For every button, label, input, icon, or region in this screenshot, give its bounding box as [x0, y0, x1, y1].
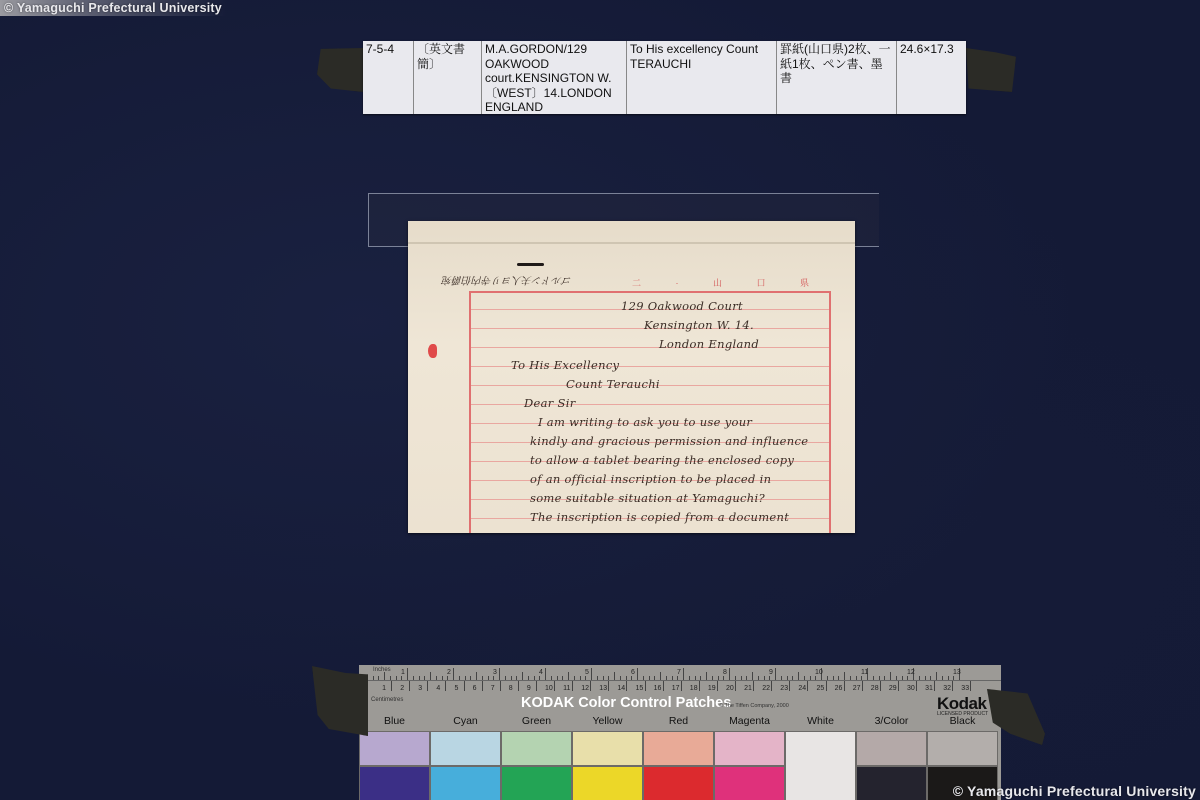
cm-tick-label: 30	[907, 685, 915, 692]
patch-light	[430, 731, 501, 766]
inch-subtick	[608, 676, 609, 680]
inch-subtick	[695, 676, 696, 680]
copyright-watermark-top: © Yamaguchi Prefectural University	[0, 0, 226, 16]
inch-tick-label: 11	[861, 669, 868, 676]
inch-subtick	[948, 676, 949, 680]
patch-light	[501, 731, 572, 766]
cm-tick	[880, 681, 881, 691]
cm-tick	[699, 681, 700, 691]
inch-subtick	[413, 676, 414, 680]
ink-mark	[517, 263, 544, 266]
inch-subtick	[764, 676, 765, 680]
inch-subtick	[798, 672, 799, 680]
inch-subtick	[723, 676, 724, 680]
inch-tick-label: 9	[769, 669, 773, 676]
inch-subtick	[689, 676, 690, 680]
inch-tick	[545, 668, 546, 680]
inch-subtick	[528, 676, 529, 680]
inch-subtick	[666, 676, 667, 680]
patch-name: Green	[501, 715, 572, 727]
cm-tick	[572, 681, 573, 691]
cm-tick-label: 17	[672, 685, 680, 692]
inch-subtick	[574, 676, 575, 680]
letter-document: ゴルドン夫人ヨリ寺内伯爵宛 二 · 山 口 県 129 Oakwood Cour…	[408, 221, 855, 533]
inch-tick	[729, 668, 730, 680]
kodak-title: KODAK Color Control Patches	[521, 695, 731, 711]
cm-tick-label: 7	[491, 685, 495, 692]
cm-tick	[771, 681, 772, 691]
inch-subtick	[390, 676, 391, 680]
inch-subtick	[436, 676, 437, 680]
inch-tick	[499, 668, 500, 680]
inch-subtick	[539, 676, 540, 680]
letter-line: of an official inscription to be placed …	[530, 472, 771, 486]
cm-tick	[735, 681, 736, 691]
inch-tick-label: 2	[447, 669, 451, 676]
inch-subtick	[758, 676, 759, 680]
cm-tick-label: 21	[744, 685, 752, 692]
letter-line: 129 Oakwood Court	[621, 299, 743, 313]
inch-tick-label: 8	[723, 669, 727, 676]
cm-tick-label: 20	[726, 685, 734, 692]
inch-subtick	[522, 672, 523, 680]
patch-dark	[430, 766, 501, 800]
cm-tick-label: 33	[961, 685, 969, 692]
letter-line: I am writing to ask you to use your	[538, 415, 752, 429]
inch-subtick	[631, 676, 632, 680]
inch-subtick	[925, 676, 926, 680]
cm-tick	[970, 681, 971, 691]
inch-subtick	[534, 676, 535, 680]
label-sender: M.A.GORDON/129 OAKWOOD court.KENSINGTON …	[482, 41, 627, 114]
cm-tick	[826, 681, 827, 691]
letter-line: London England	[659, 337, 759, 351]
cm-tick-label: 32	[943, 685, 951, 692]
cm-tick-label: 28	[871, 685, 879, 692]
inch-subtick	[833, 676, 834, 680]
inch-subtick	[919, 676, 920, 680]
margin-note: ゴルドン夫人ヨリ寺内伯爵宛	[442, 274, 572, 289]
inch-subtick	[890, 672, 891, 680]
inch-subtick	[856, 676, 857, 680]
cm-tick	[626, 681, 627, 691]
inch-tick-label: 6	[631, 669, 635, 676]
inch-subtick	[603, 676, 604, 680]
inch-subtick	[384, 672, 385, 680]
inch-subtick	[792, 676, 793, 680]
inch-subtick	[396, 676, 397, 680]
patch-name: Red	[643, 715, 714, 727]
inch-tick-label: 4	[539, 669, 543, 676]
cm-tick	[789, 681, 790, 691]
cm-tick	[934, 681, 935, 691]
inch-subtick	[804, 676, 805, 680]
cm-tick	[464, 681, 465, 691]
cm-tick-label: 31	[925, 685, 933, 692]
patch-name: Cyan	[430, 715, 501, 727]
tape-label-right	[966, 48, 1016, 92]
inch-subtick	[551, 676, 552, 680]
inch-tick-label: 13	[953, 669, 961, 676]
patch-name: Blue	[359, 715, 430, 727]
inch-subtick	[459, 676, 460, 680]
patch-dark	[572, 766, 643, 800]
inch-subtick	[735, 676, 736, 680]
inch-subtick	[373, 676, 374, 680]
cm-tick	[536, 681, 537, 691]
copyright-watermark-bottom: © Yamaguchi Prefectural University	[953, 783, 1196, 799]
cm-tick-label: 18	[690, 685, 698, 692]
inch-subtick	[741, 676, 742, 680]
inch-subtick	[493, 676, 494, 680]
inch-subtick	[654, 676, 655, 680]
inch-tick-label: 5	[585, 669, 589, 676]
letter-line: To His Excellency	[511, 358, 619, 372]
letter-line: Dear Sir	[524, 396, 576, 410]
cm-tick-label: 10	[545, 685, 553, 692]
inch-subtick	[936, 672, 937, 680]
cm-tick	[409, 681, 410, 691]
inch-subtick	[769, 676, 770, 680]
inch-subtick	[585, 676, 586, 680]
tape-label-left	[317, 48, 363, 92]
patch-dark	[714, 766, 785, 800]
inch-subtick	[844, 672, 845, 680]
patch-name: Black	[927, 715, 998, 727]
inch-subtick	[557, 676, 558, 680]
inch-subtick	[476, 672, 477, 680]
inch-subtick	[614, 672, 615, 680]
cm-tick-label: 11	[563, 685, 570, 692]
inch-tick	[683, 668, 684, 680]
cm-tick	[445, 681, 446, 691]
ruler-centimetres-label: Centimetres	[371, 697, 403, 703]
inch-tick	[407, 668, 408, 680]
cm-tick-label: 8	[509, 685, 513, 692]
inch-subtick	[718, 676, 719, 680]
letter-line: Kensington W. 14.	[644, 318, 754, 332]
patch-light	[927, 731, 998, 766]
letter-line: The inscription is copied from a documen…	[530, 510, 789, 524]
inch-subtick	[902, 676, 903, 680]
inch-subtick	[424, 676, 425, 680]
inch-subtick	[706, 672, 707, 680]
cm-tick	[952, 681, 953, 691]
inch-subtick	[907, 676, 908, 680]
inch-subtick	[620, 676, 621, 680]
red-seal-mark	[428, 344, 437, 358]
inch-subtick	[488, 676, 489, 680]
inch-subtick	[953, 676, 954, 680]
cm-tick-label: 12	[581, 685, 589, 692]
cm-tick-label: 24	[798, 685, 806, 692]
inch-subtick	[580, 676, 581, 680]
label-id: 7-5-4	[363, 41, 414, 114]
cm-tick-label: 23	[780, 685, 788, 692]
cm-tick-label: 2	[400, 685, 404, 692]
cm-tick	[391, 681, 392, 691]
cm-tick	[681, 681, 682, 691]
cm-tick-label: 16	[654, 685, 662, 692]
inch-subtick	[815, 676, 816, 680]
cm-tick-label: 6	[473, 685, 477, 692]
cm-tick-label: 3	[418, 685, 422, 692]
label-category: 〔英文書簡〕	[414, 41, 482, 114]
catalog-label: 7-5-4 〔英文書簡〕 M.A.GORDON/129 OAKWOOD cour…	[363, 41, 966, 114]
cm-tick-label: 27	[853, 685, 861, 692]
patch-dark	[856, 766, 927, 800]
letter-fold	[408, 242, 855, 244]
inch-subtick	[401, 676, 402, 680]
cm-tick-label: 29	[889, 685, 897, 692]
patch-dark	[359, 766, 430, 800]
cm-tick	[482, 681, 483, 691]
inch-subtick	[430, 672, 431, 680]
inch-subtick	[873, 676, 874, 680]
inch-subtick	[597, 676, 598, 680]
cm-tick-label: 19	[708, 685, 716, 692]
cm-tick-label: 9	[527, 685, 531, 692]
letter-line: kindly and gracious permission and influ…	[530, 434, 808, 448]
label-size: 24.6×17.3	[897, 41, 966, 114]
patch-light	[856, 731, 927, 766]
inch-tick-label: 7	[677, 669, 681, 676]
cm-tick	[753, 681, 754, 691]
inch-subtick	[884, 676, 885, 680]
inch-subtick	[562, 676, 563, 680]
patch-dark	[643, 766, 714, 800]
inch-tick-label: 12	[907, 669, 915, 676]
kodak-color-chart: Inches Centimetres 12345678910111213 123…	[359, 665, 1001, 800]
inch-subtick	[781, 676, 782, 680]
cm-tick-label: 25	[817, 685, 825, 692]
inch-subtick	[672, 676, 673, 680]
cm-tick-label: 4	[436, 685, 440, 692]
inch-subtick	[482, 676, 483, 680]
cm-tick	[862, 681, 863, 691]
inch-subtick	[879, 676, 880, 680]
kodak-copyright: © The Tiffen Company, 2000	[719, 703, 789, 709]
patch-light	[643, 731, 714, 766]
inch-subtick	[626, 676, 627, 680]
patch-light	[714, 731, 785, 766]
cm-tick	[554, 681, 555, 691]
inch-subtick	[470, 676, 471, 680]
cm-tick-label: 26	[835, 685, 843, 692]
inch-tick	[637, 668, 638, 680]
letter-line: some suitable situation at Yamaguchi?	[530, 491, 765, 505]
patch-name: Yellow	[572, 715, 643, 727]
patch-name: Magenta	[714, 715, 785, 727]
inch-subtick	[511, 676, 512, 680]
inch-subtick	[378, 676, 379, 680]
inch-subtick	[465, 676, 466, 680]
inch-subtick	[649, 676, 650, 680]
cm-tick-label: 1	[382, 685, 386, 692]
inch-subtick	[419, 676, 420, 680]
ruler-inches-label: Inches	[373, 667, 391, 673]
cm-tick	[807, 681, 808, 691]
cm-tick	[608, 681, 609, 691]
inch-subtick	[643, 676, 644, 680]
inch-subtick	[896, 676, 897, 680]
inch-subtick	[712, 676, 713, 680]
inch-subtick	[677, 676, 678, 680]
label-material: 罫紙(山口県)2枚、一紙1枚、ペン書、墨書	[777, 41, 897, 114]
cm-tick	[844, 681, 845, 691]
cm-tick-label: 5	[455, 685, 459, 692]
cm-tick-label: 15	[636, 685, 644, 692]
cm-tick	[645, 681, 646, 691]
patch-light	[572, 731, 643, 766]
inch-subtick	[930, 676, 931, 680]
inch-subtick	[787, 676, 788, 680]
cm-tick-label: 14	[617, 685, 625, 692]
inch-tick	[775, 668, 776, 680]
inch-tick	[591, 668, 592, 680]
patch-white	[785, 731, 856, 800]
inch-tick	[453, 668, 454, 680]
inch-tick-label: 3	[493, 669, 497, 676]
inch-subtick	[700, 676, 701, 680]
inch-subtick	[810, 676, 811, 680]
cm-tick	[500, 681, 501, 691]
letter-line: Count Terauchi	[566, 377, 660, 391]
cm-tick-label: 22	[762, 685, 770, 692]
inch-subtick	[442, 676, 443, 680]
patch-name: 3/Color	[856, 715, 927, 727]
cm-tick	[518, 681, 519, 691]
cm-tick	[916, 681, 917, 691]
inch-subtick	[505, 676, 506, 680]
inch-subtick	[660, 672, 661, 680]
inch-subtick	[850, 676, 851, 680]
inch-subtick	[861, 676, 862, 680]
inch-tick-label: 1	[401, 669, 405, 676]
patch-names: Blue Cyan Green Yellow Red Magenta White…	[359, 715, 1001, 731]
inch-subtick	[942, 676, 943, 680]
inch-subtick	[752, 672, 753, 680]
inch-subtick	[568, 672, 569, 680]
inch-subtick	[746, 676, 747, 680]
inch-subtick	[447, 676, 448, 680]
cm-tick	[427, 681, 428, 691]
patch-light	[359, 731, 430, 766]
cm-tick	[898, 681, 899, 691]
cm-tick	[663, 681, 664, 691]
tape-chart-left	[312, 666, 368, 736]
label-recipient: To His excellency Count TERAUCHI	[627, 41, 777, 114]
cm-tick	[717, 681, 718, 691]
patch-dark	[501, 766, 572, 800]
cm-tick-label: 13	[599, 685, 607, 692]
cm-tick	[590, 681, 591, 691]
patch-name: White	[785, 715, 856, 727]
letter-line: to allow a tablet bearing the enclosed c…	[530, 453, 794, 467]
inch-tick-label: 10	[815, 669, 823, 676]
inch-subtick	[838, 676, 839, 680]
inch-subtick	[516, 676, 517, 680]
inch-subtick	[827, 676, 828, 680]
letterhead-marks: 二 · 山 口 県	[632, 276, 825, 289]
